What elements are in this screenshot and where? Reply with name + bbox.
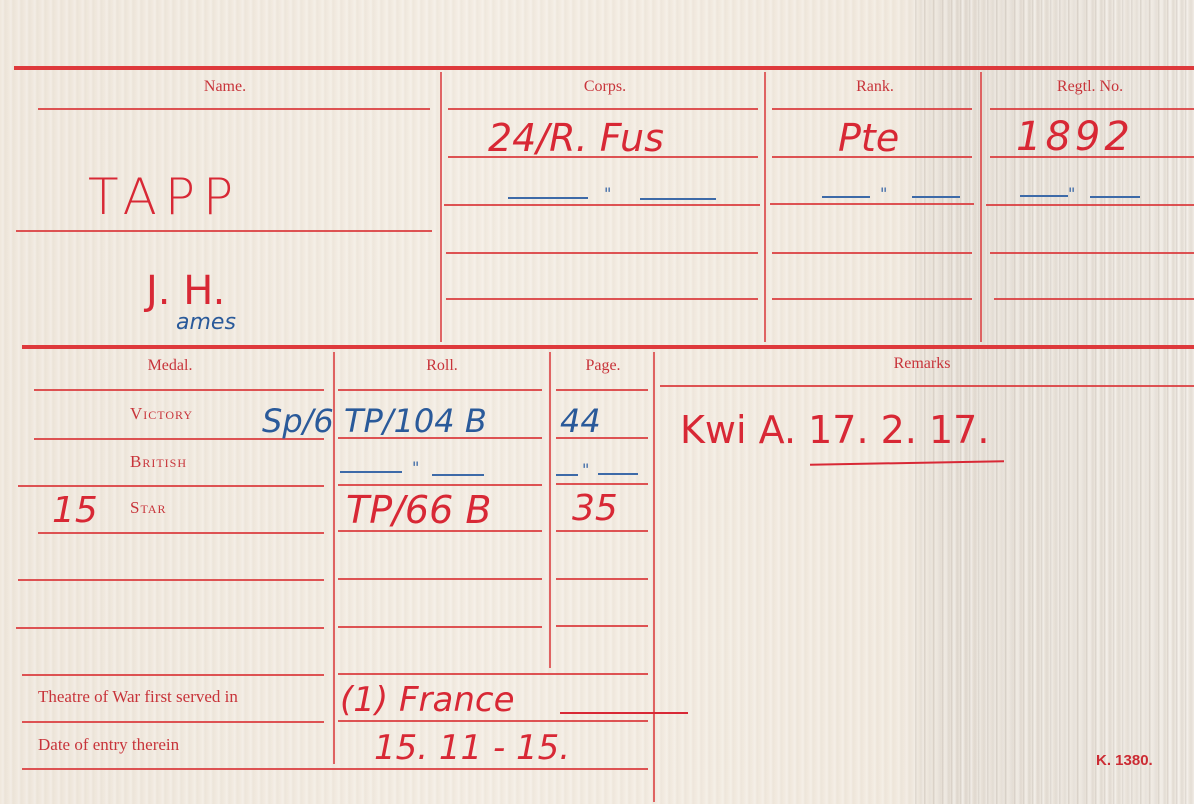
rule xyxy=(22,674,324,676)
divider-page-remarks xyxy=(653,352,655,802)
victory-roll-entry: Sp/6 TP/104 B xyxy=(262,402,487,440)
rule xyxy=(772,252,972,254)
header-page: Page. xyxy=(543,357,663,375)
rule xyxy=(446,252,758,254)
ditto-line xyxy=(1090,196,1140,198)
header-name: Name. xyxy=(150,78,300,96)
entry-date-label: Date of entry therein xyxy=(38,735,179,755)
rank-entry: Pte xyxy=(838,116,899,160)
rule xyxy=(22,768,648,770)
rule xyxy=(338,720,648,722)
rule xyxy=(556,389,648,391)
rule xyxy=(770,203,974,205)
corps-entry: 24/R. Fus xyxy=(488,116,664,160)
rule xyxy=(990,252,1194,254)
rule xyxy=(556,625,648,627)
header-corps: Corps. xyxy=(530,78,680,96)
medal-index-card: Name. Corps. Rank. Regtl. No. TAPP J. H.… xyxy=(0,0,1194,804)
medal-label-british: British xyxy=(130,452,187,472)
rule xyxy=(18,485,324,487)
ditto-line xyxy=(822,196,870,198)
rule xyxy=(18,579,324,581)
ditto-line xyxy=(340,471,402,473)
star-prefix-entry: 15 xyxy=(52,490,98,531)
british-roll-ditto: " xyxy=(412,458,419,477)
rule xyxy=(338,484,542,486)
theatre-entry: (1) France xyxy=(340,680,515,720)
medal-label-victory: Victory xyxy=(130,404,193,424)
header-remarks: Remarks xyxy=(862,355,982,373)
rule xyxy=(16,627,324,629)
divider-corps-rank xyxy=(764,72,766,342)
star-roll-entry: TP/66 B xyxy=(346,488,491,532)
ditto-line xyxy=(598,473,638,475)
ditto-mark: " xyxy=(880,184,887,203)
theatre-underline xyxy=(560,712,688,714)
rule xyxy=(22,721,324,723)
form-number: K. 1380. xyxy=(1096,752,1153,769)
initials-entry: J. H. xyxy=(146,268,225,314)
rule xyxy=(338,389,542,391)
star-page-entry: 35 xyxy=(572,488,618,529)
rule xyxy=(338,673,648,675)
ditto-line xyxy=(432,474,484,476)
victory-page-entry: 44 xyxy=(560,402,601,440)
divider-roll-page xyxy=(549,352,551,668)
rule xyxy=(986,204,1194,206)
rule xyxy=(556,530,648,532)
ditto-line xyxy=(508,197,588,199)
ditto-line xyxy=(1020,195,1068,197)
rule xyxy=(16,230,432,232)
forename-annotation: ames xyxy=(176,310,236,335)
medal-label-star: Star xyxy=(130,498,167,518)
rule xyxy=(772,108,972,110)
top-border-line xyxy=(14,66,1194,70)
ditto-line xyxy=(556,474,578,476)
remarks-underline xyxy=(810,460,1004,465)
rule xyxy=(660,385,1194,387)
divider-name-corps xyxy=(440,72,442,342)
ditto-mark: " xyxy=(1068,184,1075,203)
remarks-entry: Kwi A. 17. 2. 17. xyxy=(680,408,989,452)
rule xyxy=(338,626,542,628)
ditto-line xyxy=(640,198,716,200)
header-regt-no: Regtl. No. xyxy=(1015,78,1165,96)
ditto-mark: " xyxy=(604,184,611,203)
divider-rank-regt xyxy=(980,72,982,342)
rule xyxy=(772,298,972,300)
regt-no-entry: 1892 xyxy=(1016,114,1134,160)
rule xyxy=(990,108,1194,110)
rule xyxy=(34,389,324,391)
entry-date-entry: 15. 11 - 15. xyxy=(374,728,570,768)
ditto-line xyxy=(912,196,960,198)
header-roll: Roll. xyxy=(382,357,502,375)
rule xyxy=(994,298,1194,300)
rule xyxy=(556,578,648,580)
theatre-label: Theatre of War first served in xyxy=(38,687,238,707)
surname-entry: TAPP xyxy=(88,168,241,226)
rule xyxy=(448,108,758,110)
rule xyxy=(446,298,758,300)
rule xyxy=(38,108,430,110)
medal-section-top-line xyxy=(22,345,1194,349)
rule xyxy=(38,532,324,534)
rule xyxy=(338,578,542,580)
header-rank: Rank. xyxy=(800,78,950,96)
rule xyxy=(556,483,648,485)
header-medal: Medal. xyxy=(110,357,230,375)
rule xyxy=(444,204,760,206)
british-page-ditto: " xyxy=(582,460,589,479)
